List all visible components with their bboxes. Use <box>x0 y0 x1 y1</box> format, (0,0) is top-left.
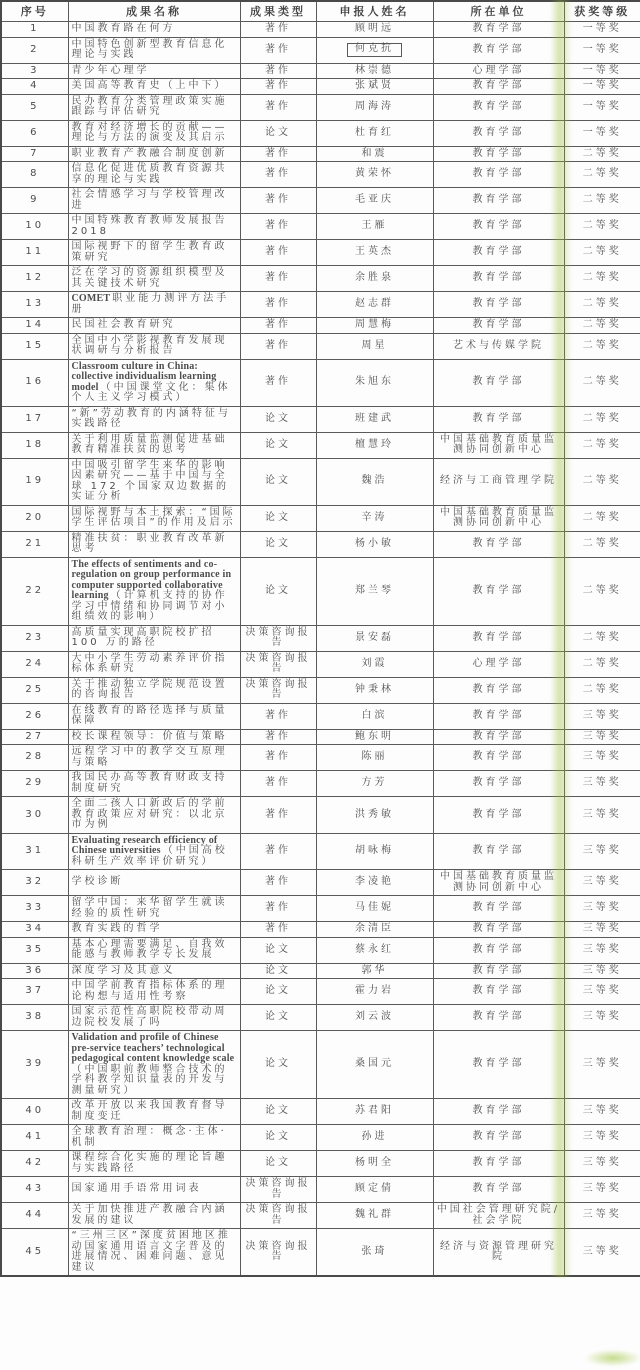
unit-cell: 教育学部 <box>433 214 564 240</box>
table-row: 9社会情感学习与学校管理改进著作毛亚庆教育学部二等奖 <box>1 188 640 214</box>
name-cell: 中国吸引留学生来华的影响因素研究——基于中国与全球 172 个国家双边数据的实证… <box>68 458 240 505</box>
award-cell: 二等奖 <box>564 318 640 334</box>
name-cell: 关于利用质量监测促进基础教育精准扶贫的思考 <box>68 432 240 458</box>
applicant-cell: 班建武 <box>316 406 433 432</box>
serial-cell: 37 <box>1 979 68 1005</box>
unit-cell: 艺术与传媒学院 <box>433 333 564 359</box>
type-cell: 论文 <box>240 458 316 505</box>
name-text: 职业教育产教融合制度创新 <box>72 148 228 159</box>
award-cell: 三等奖 <box>564 870 640 896</box>
name-text: 中国学前教育指标体系的理论构想与适用性考察 <box>72 980 228 1002</box>
table-row: 39Validation and profile of Chinese pre-… <box>1 1031 640 1099</box>
award-cell: 二等奖 <box>564 625 640 651</box>
name-cell: 高质量实现高职院校扩招 100 万的路径 <box>68 625 240 651</box>
serial-cell: 8 <box>1 162 68 188</box>
name-english-part: Validation and profile of Chinese pre-se… <box>72 1032 235 1064</box>
type-cell: 著作 <box>240 292 316 318</box>
name-cell: 全球教育治理：概念·主体·机制 <box>68 1125 240 1151</box>
name-cell: 基本心理需要满足、自我效能感与教师教学专长发展 <box>68 937 240 963</box>
serial-cell: 30 <box>1 797 68 834</box>
applicant-cell: 周海涛 <box>316 94 433 120</box>
name-cell: COMET职业能力测评方法手册 <box>68 292 240 318</box>
name-cell: 课程综合化实施的理论旨趣与实践路径 <box>68 1151 240 1177</box>
applicant-cell: 杨小敏 <box>316 531 433 557</box>
table-row: 11国际视野下的留学生教育政策研究著作王英杰教育学部二等奖 <box>1 240 640 266</box>
name-text: 精准扶贫：职业教育改革新思考 <box>72 533 228 555</box>
award-cell: 二等奖 <box>564 214 640 240</box>
name-text: 课程综合化实施的理论旨趣与实践路径 <box>72 1152 228 1174</box>
table-row: 21精准扶贫：职业教育改革新思考论文杨小敏教育学部二等奖 <box>1 531 640 557</box>
award-cell: 二等奖 <box>564 188 640 214</box>
serial-cell: 39 <box>1 1031 68 1099</box>
name-text: 社会情感学习与学校管理改进 <box>72 189 228 211</box>
unit-cell: 教育学部 <box>433 922 564 938</box>
award-cell: 二等奖 <box>564 531 640 557</box>
name-cell: 国际视野下的留学生教育政策研究 <box>68 240 240 266</box>
serial-cell: 7 <box>1 146 68 162</box>
green-scan-artifact-smudge <box>586 1350 640 1366</box>
applicant-cell: 余清臣 <box>316 922 433 938</box>
serial-cell: 28 <box>1 745 68 771</box>
unit-cell: 教育学部 <box>433 729 564 745</box>
applicant-cell: 钟秉林 <box>316 677 433 703</box>
serial-cell: 22 <box>1 557 68 625</box>
award-cell: 三等奖 <box>564 937 640 963</box>
unit-cell: 教育学部 <box>433 1031 564 1099</box>
applicant-cell: 景安磊 <box>316 625 433 651</box>
serial-cell: 29 <box>1 771 68 797</box>
type-cell: 著作 <box>240 240 316 266</box>
name-cell: 关于加快推进产教融合内涵发展的建议 <box>68 1203 240 1229</box>
award-cell: 三等奖 <box>564 797 640 834</box>
applicant-cell: 刘云波 <box>316 1005 433 1031</box>
award-cell: 一等奖 <box>564 37 640 63</box>
column-header-2: 成果类型 <box>240 1 316 22</box>
table-row: 2中国特色创新型教育信息化理论与实践著作何克抗教育学部一等奖 <box>1 37 640 63</box>
serial-cell: 43 <box>1 1177 68 1203</box>
applicant-cell: 李凌艳 <box>316 870 433 896</box>
name-cell: 民办教育分类管理政策实施跟踪与评估研究 <box>68 94 240 120</box>
serial-cell: 32 <box>1 870 68 896</box>
award-cell: 二等奖 <box>564 677 640 703</box>
table-row: 6教育对经济增长的贡献——理论与方法的演变及其启示论文杜育红教育学部一等奖 <box>1 120 640 146</box>
table-row: 22The effects of sentiments and co-regul… <box>1 557 640 625</box>
table-row: 43国家通用手语常用词表决策咨询报告顾定倩教育学部三等奖 <box>1 1177 640 1203</box>
name-cell: 民国社会教育研究 <box>68 318 240 334</box>
applicant-cell: 陈丽 <box>316 745 433 771</box>
type-cell: 著作 <box>240 870 316 896</box>
type-cell: 论文 <box>240 1151 316 1177</box>
table-row: 15全国中小学影视教育发展现状调研与分析报告著作周星艺术与传媒学院二等奖 <box>1 333 640 359</box>
table-row: 24大中小学生劳动素养评价指标体系研究决策咨询报告刘霞心理学部二等奖 <box>1 651 640 677</box>
name-cell: 深度学习及其意义 <box>68 963 240 979</box>
applicant-cell: 郭华 <box>316 963 433 979</box>
serial-cell: 13 <box>1 292 68 318</box>
serial-cell: 4 <box>1 79 68 95</box>
name-cell: 职业教育产教融合制度创新 <box>68 146 240 162</box>
name-cell: Classroom culture in China: collective i… <box>68 359 240 406</box>
award-cell: 三等奖 <box>564 1177 640 1203</box>
applicant-cell: 郑兰琴 <box>316 557 433 625</box>
name-cell: 我国民办高等教育财政支持制度研究 <box>68 771 240 797</box>
applicant-cell: 杨明全 <box>316 1151 433 1177</box>
award-cell: 一等奖 <box>564 79 640 95</box>
award-cell: 一等奖 <box>564 120 640 146</box>
table-row: 37中国学前教育指标体系的理论构想与适用性考察论文霍力岩教育学部三等奖 <box>1 979 640 1005</box>
type-cell: 著作 <box>240 833 316 870</box>
unit-cell: 教育学部 <box>433 937 564 963</box>
type-cell: 决策咨询报告 <box>240 1229 316 1277</box>
table-row: 40改革开放以来我国教育督导制度变迁论文苏君阳教育学部三等奖 <box>1 1099 640 1125</box>
table-row: 27校长课程领导：价值与策略著作鲍东明教育学部三等奖 <box>1 729 640 745</box>
applicant-cell: 余胜泉 <box>316 266 433 292</box>
table-row: 4美国高等教育史（上中下）著作张斌贤教育学部一等奖 <box>1 79 640 95</box>
name-text: 留学中国：来华留学生就读经验的质性研究 <box>72 897 228 919</box>
applicant-cell: 方芳 <box>316 771 433 797</box>
award-cell: 二等奖 <box>564 651 640 677</box>
unit-cell: 教育学部 <box>433 146 564 162</box>
type-cell: 论文 <box>240 937 316 963</box>
name-text: 泛在学习的资源组织模型及其关键技术研究 <box>72 267 228 289</box>
type-cell: 论文 <box>240 1031 316 1099</box>
applicant-cell: 杜育红 <box>316 120 433 146</box>
name-text: “新”劳动教育的内涵特征与实践路径 <box>72 408 231 430</box>
serial-cell: 31 <box>1 833 68 870</box>
serial-cell: 36 <box>1 963 68 979</box>
serial-cell: 34 <box>1 922 68 938</box>
type-cell: 决策咨询报告 <box>240 651 316 677</box>
column-header-3: 申报人姓名 <box>316 1 433 22</box>
unit-cell: 教育学部 <box>433 94 564 120</box>
award-cell: 三等奖 <box>564 922 640 938</box>
unit-cell: 教育学部 <box>433 1151 564 1177</box>
award-cell: 二等奖 <box>564 458 640 505</box>
name-text: 信息化促进优质教育资源共享的理论与实践 <box>72 163 228 185</box>
applicant-cell: 和震 <box>316 146 433 162</box>
applicant-cell: 周星 <box>316 333 433 359</box>
name-text: 关于推动独立学院规范设置的咨询报告 <box>72 679 228 701</box>
unit-cell: 教育学部 <box>433 1005 564 1031</box>
name-cell: 青少年心理学 <box>68 63 240 79</box>
name-cell: 美国高等教育史（上中下） <box>68 79 240 95</box>
award-cell: 三等奖 <box>564 896 640 922</box>
applicant-cell: 马佳妮 <box>316 896 433 922</box>
table-row: 28远程学习中的教学交互原理与策略著作陈丽教育学部三等奖 <box>1 745 640 771</box>
unit-cell: 教育学部 <box>433 1099 564 1125</box>
unit-cell: 教育学部 <box>433 531 564 557</box>
type-cell: 著作 <box>240 162 316 188</box>
type-cell: 论文 <box>240 979 316 1005</box>
table-row: 23高质量实现高职院校扩招 100 万的路径决策咨询报告景安磊教育学部二等奖 <box>1 625 640 651</box>
serial-cell: 33 <box>1 896 68 922</box>
table-row: 33留学中国：来华留学生就读经验的质性研究著作马佳妮教育学部三等奖 <box>1 896 640 922</box>
award-cell: 三等奖 <box>564 745 640 771</box>
table-row: 17“新”劳动教育的内涵特征与实践路径论文班建武教育学部二等奖 <box>1 406 640 432</box>
type-cell: 论文 <box>240 406 316 432</box>
name-text: （中国职前教师整合技术的学科教学知识量表的开发与测量研究） <box>72 1064 228 1096</box>
type-cell: 著作 <box>240 797 316 834</box>
serial-cell: 18 <box>1 432 68 458</box>
serial-cell: 42 <box>1 1151 68 1177</box>
award-cell: 三等奖 <box>564 963 640 979</box>
name-text: 在线教育的路径选择与质量保障 <box>72 705 228 727</box>
table-row: 3青少年心理学著作林崇德心理学部一等奖 <box>1 63 640 79</box>
serial-cell: 23 <box>1 625 68 651</box>
serial-cell: 1 <box>1 22 68 38</box>
award-cell: 二等奖 <box>564 406 640 432</box>
name-cell: 中国特色创新型教育信息化理论与实践 <box>68 37 240 63</box>
serial-cell: 10 <box>1 214 68 240</box>
applicant-cell: 朱旭东 <box>316 359 433 406</box>
unit-cell: 教育学部 <box>433 79 564 95</box>
applicant-cell: 魏礼群 <box>316 1203 433 1229</box>
award-cell: 二等奖 <box>564 359 640 406</box>
unit-cell: 教育学部 <box>433 797 564 834</box>
name-cell: 国家通用手语常用词表 <box>68 1177 240 1203</box>
type-cell: 著作 <box>240 729 316 745</box>
name-text: 深度学习及其意义 <box>72 965 176 976</box>
name-cell: 教育对经济增长的贡献——理论与方法的演变及其启示 <box>68 120 240 146</box>
type-cell: 著作 <box>240 146 316 162</box>
unit-cell: 教育学部 <box>433 406 564 432</box>
table-header-row: 序号成果名称成果类型申报人姓名所在单位获奖等级 <box>1 1 640 22</box>
award-cell: 二等奖 <box>564 162 640 188</box>
name-text: 教育对经济增长的贡献——理论与方法的演变及其启示 <box>72 122 228 144</box>
name-cell: 全面二孩人口新政后的学前教育政策应对研究：以北京市为例 <box>68 797 240 834</box>
type-cell: 著作 <box>240 771 316 797</box>
name-cell: 校长课程领导：价值与策略 <box>68 729 240 745</box>
name-text: 我国民办高等教育财政支持制度研究 <box>72 772 228 794</box>
unit-cell: 教育学部 <box>433 266 564 292</box>
name-text: 教育实践的哲学 <box>72 923 163 934</box>
unit-cell: 心理学部 <box>433 651 564 677</box>
serial-cell: 6 <box>1 120 68 146</box>
applicant-cell: 魏浩 <box>316 458 433 505</box>
unit-cell: 教育学部 <box>433 1125 564 1151</box>
award-cell: 三等奖 <box>564 1229 640 1277</box>
unit-cell: 教育学部 <box>433 625 564 651</box>
applicant-cell: 蔡永红 <box>316 937 433 963</box>
table-row: 7职业教育产教融合制度创新著作和震教育学部二等奖 <box>1 146 640 162</box>
unit-cell: 教育学部 <box>433 979 564 1005</box>
unit-cell: 教育学部 <box>433 963 564 979</box>
award-cell: 一等奖 <box>564 22 640 38</box>
type-cell: 著作 <box>240 359 316 406</box>
serial-cell: 2 <box>1 37 68 63</box>
serial-cell: 3 <box>1 63 68 79</box>
boxed-applicant-annotation: 何克抗 <box>347 43 402 57</box>
unit-cell: 经济与工商管理学院 <box>433 458 564 505</box>
table-row: 16Classroom culture in China: collective… <box>1 359 640 406</box>
type-cell: 决策咨询报告 <box>240 677 316 703</box>
table-row: 38国家示范性高职院校带动周边院校发展了吗论文刘云波教育学部三等奖 <box>1 1005 640 1031</box>
unit-cell: 教育学部 <box>433 677 564 703</box>
award-cell: 三等奖 <box>564 1203 640 1229</box>
name-cell: 留学中国：来华留学生就读经验的质性研究 <box>68 896 240 922</box>
type-cell: 决策咨询报告 <box>240 625 316 651</box>
column-header-1: 成果名称 <box>68 1 240 22</box>
table-row: 26在线教育的路径选择与质量保障著作白滨教育学部三等奖 <box>1 703 640 729</box>
table-row: 19中国吸引留学生来华的影响因素研究——基于中国与全球 172 个国家双边数据的… <box>1 458 640 505</box>
award-cell: 三等奖 <box>564 1099 640 1125</box>
table-row: 34教育实践的哲学著作余清臣教育学部三等奖 <box>1 922 640 938</box>
table-row: 45“三州三区”深度贫困地区推动国家通用语言文字普及的进展情况、困难问题、意见建… <box>1 1229 640 1277</box>
type-cell: 决策咨询报告 <box>240 1177 316 1203</box>
unit-cell: 心理学部 <box>433 63 564 79</box>
name-cell: 国家示范性高职院校带动周边院校发展了吗 <box>68 1005 240 1031</box>
type-cell: 论文 <box>240 963 316 979</box>
unit-cell: 教育学部 <box>433 37 564 63</box>
column-header-5: 获奖等级 <box>564 1 640 22</box>
serial-cell: 12 <box>1 266 68 292</box>
serial-cell: 5 <box>1 94 68 120</box>
applicant-cell: 洪秀敏 <box>316 797 433 834</box>
table-row: 36深度学习及其意义论文郭华教育学部三等奖 <box>1 963 640 979</box>
serial-cell: 16 <box>1 359 68 406</box>
table-row: 8信息化促进优质教育资源共享的理论与实践著作黄荣怀教育学部二等奖 <box>1 162 640 188</box>
serial-cell: 25 <box>1 677 68 703</box>
unit-cell: 教育学部 <box>433 833 564 870</box>
applicant-cell: 周慧梅 <box>316 318 433 334</box>
unit-cell: 教育学部 <box>433 1177 564 1203</box>
name-text: 国际视野与本土探索：“国际学生评估项目”的作用及启示 <box>72 507 236 529</box>
award-cell: 二等奖 <box>564 292 640 318</box>
table-row: 1中国教育路在何方著作顾明远教育学部一等奖 <box>1 22 640 38</box>
name-text: 中国吸引留学生来华的影响因素研究——基于中国与全球 172 个国家双边数据的实证… <box>72 460 229 503</box>
serial-cell: 15 <box>1 333 68 359</box>
award-cell: 三等奖 <box>564 1005 640 1031</box>
award-cell: 一等奖 <box>564 63 640 79</box>
type-cell: 著作 <box>240 214 316 240</box>
unit-cell: 教育学部 <box>433 359 564 406</box>
name-cell: 信息化促进优质教育资源共享的理论与实践 <box>68 162 240 188</box>
applicant-cell: 白滨 <box>316 703 433 729</box>
unit-cell: 教育学部 <box>433 771 564 797</box>
name-text: 关于加快推进产教融合内涵发展的建议 <box>72 1204 228 1226</box>
awards-document-page: 序号成果名称成果类型申报人姓名所在单位获奖等级 1中国教育路在何方著作顾明远教育… <box>0 0 640 1277</box>
name-text: 国家示范性高职院校带动周边院校发展了吗 <box>72 1006 228 1028</box>
name-text: 学校诊断 <box>72 876 124 887</box>
awards-table-body: 1中国教育路在何方著作顾明远教育学部一等奖2中国特色创新型教育信息化理论与实践著… <box>1 22 640 1277</box>
serial-cell: 11 <box>1 240 68 266</box>
awards-table: 序号成果名称成果类型申报人姓名所在单位获奖等级 1中国教育路在何方著作顾明远教育… <box>0 0 640 1277</box>
type-cell: 著作 <box>240 333 316 359</box>
applicant-cell: 顾明远 <box>316 22 433 38</box>
type-cell: 论文 <box>240 505 316 531</box>
award-cell: 二等奖 <box>564 240 640 266</box>
applicant-cell: 辛涛 <box>316 505 433 531</box>
name-cell: 大中小学生劳动素养评价指标体系研究 <box>68 651 240 677</box>
type-cell: 论文 <box>240 531 316 557</box>
award-cell: 二等奖 <box>564 333 640 359</box>
unit-cell: 教育学部 <box>433 896 564 922</box>
unit-cell: 教育学部 <box>433 318 564 334</box>
serial-cell: 27 <box>1 729 68 745</box>
unit-cell: 中国基础教育质量监测协同创新中心 <box>433 432 564 458</box>
award-cell: 三等奖 <box>564 979 640 1005</box>
name-text: 国家通用手语常用词表 <box>72 1183 202 1194</box>
award-cell: 一等奖 <box>564 94 640 120</box>
type-cell: 著作 <box>240 94 316 120</box>
unit-cell: 教育学部 <box>433 292 564 318</box>
award-cell: 二等奖 <box>564 266 640 292</box>
name-cell: “三州三区”深度贫困地区推动国家通用语言文字普及的进展情况、困难问题、意见建议 <box>68 1229 240 1277</box>
name-text: 民国社会教育研究 <box>72 319 176 330</box>
award-cell: 二等奖 <box>564 557 640 625</box>
serial-cell: 26 <box>1 703 68 729</box>
name-english-part: COMET <box>72 293 111 304</box>
name-cell: “新”劳动教育的内涵特征与实践路径 <box>68 406 240 432</box>
award-cell: 二等奖 <box>564 432 640 458</box>
type-cell: 著作 <box>240 37 316 63</box>
type-cell: 著作 <box>240 745 316 771</box>
applicant-cell: 刘霞 <box>316 651 433 677</box>
unit-cell: 中国基础教育质量监测协同创新中心 <box>433 505 564 531</box>
serial-cell: 41 <box>1 1125 68 1151</box>
table-row: 14民国社会教育研究著作周慧梅教育学部二等奖 <box>1 318 640 334</box>
table-row: 10中国特殊教育教师发展报告 2018著作王雁教育学部二等奖 <box>1 214 640 240</box>
unit-cell: 教育学部 <box>433 162 564 188</box>
unit-cell: 教育学部 <box>433 120 564 146</box>
name-text: 中国特色创新型教育信息化理论与实践 <box>72 39 228 61</box>
type-cell: 著作 <box>240 922 316 938</box>
name-text: 中国特殊教育教师发展报告 2018 <box>72 215 228 237</box>
applicant-cell: 檀慧玲 <box>316 432 433 458</box>
type-cell: 论文 <box>240 1005 316 1031</box>
applicant-cell: 张斌贤 <box>316 79 433 95</box>
name-cell: 关于推动独立学院规范设置的咨询报告 <box>68 677 240 703</box>
name-cell: 中国教育路在何方 <box>68 22 240 38</box>
award-cell: 三等奖 <box>564 1151 640 1177</box>
applicant-cell: 孙进 <box>316 1125 433 1151</box>
type-cell: 著作 <box>240 22 316 38</box>
serial-cell: 44 <box>1 1203 68 1229</box>
unit-cell: 中国基础教育质量监测协同创新中心 <box>433 870 564 896</box>
unit-cell: 教育学部 <box>433 240 564 266</box>
table-row: 29我国民办高等教育财政支持制度研究著作方芳教育学部三等奖 <box>1 771 640 797</box>
unit-cell: 教育学部 <box>433 745 564 771</box>
table-row: 31Evaluating research efficiency of Chin… <box>1 833 640 870</box>
column-header-0: 序号 <box>1 1 68 22</box>
applicant-cell: 苏君阳 <box>316 1099 433 1125</box>
applicant-cell: 顾定倩 <box>316 1177 433 1203</box>
type-cell: 著作 <box>240 896 316 922</box>
type-cell: 论文 <box>240 1099 316 1125</box>
name-cell: 中国特殊教育教师发展报告 2018 <box>68 214 240 240</box>
type-cell: 论文 <box>240 120 316 146</box>
serial-cell: 14 <box>1 318 68 334</box>
table-row: 41全球教育治理：概念·主体·机制论文孙进教育学部三等奖 <box>1 1125 640 1151</box>
applicant-cell: 王雁 <box>316 214 433 240</box>
serial-cell: 21 <box>1 531 68 557</box>
type-cell: 论文 <box>240 432 316 458</box>
applicant-cell: 胡咏梅 <box>316 833 433 870</box>
name-cell: 改革开放以来我国教育督导制度变迁 <box>68 1099 240 1125</box>
name-cell: 社会情感学习与学校管理改进 <box>68 188 240 214</box>
name-text: 大中小学生劳动素养评价指标体系研究 <box>72 653 228 675</box>
name-text: 中国教育路在何方 <box>72 23 176 34</box>
applicant-cell: 桑国元 <box>316 1031 433 1099</box>
applicant-cell: 毛亚庆 <box>316 188 433 214</box>
award-cell: 三等奖 <box>564 771 640 797</box>
applicant-cell: 赵志群 <box>316 292 433 318</box>
unit-cell: 教育学部 <box>433 188 564 214</box>
name-text: “三州三区”深度贫困地区推动国家通用语言文字普及的进展情况、困难问题、意见建议 <box>72 1230 231 1273</box>
unit-cell: 教育学部 <box>433 557 564 625</box>
name-cell: 教育实践的哲学 <box>68 922 240 938</box>
name-text: 国际视野下的留学生教育政策研究 <box>72 241 228 263</box>
name-text: 全面二孩人口新政后的学前教育政策应对研究：以北京市为例 <box>72 798 228 830</box>
